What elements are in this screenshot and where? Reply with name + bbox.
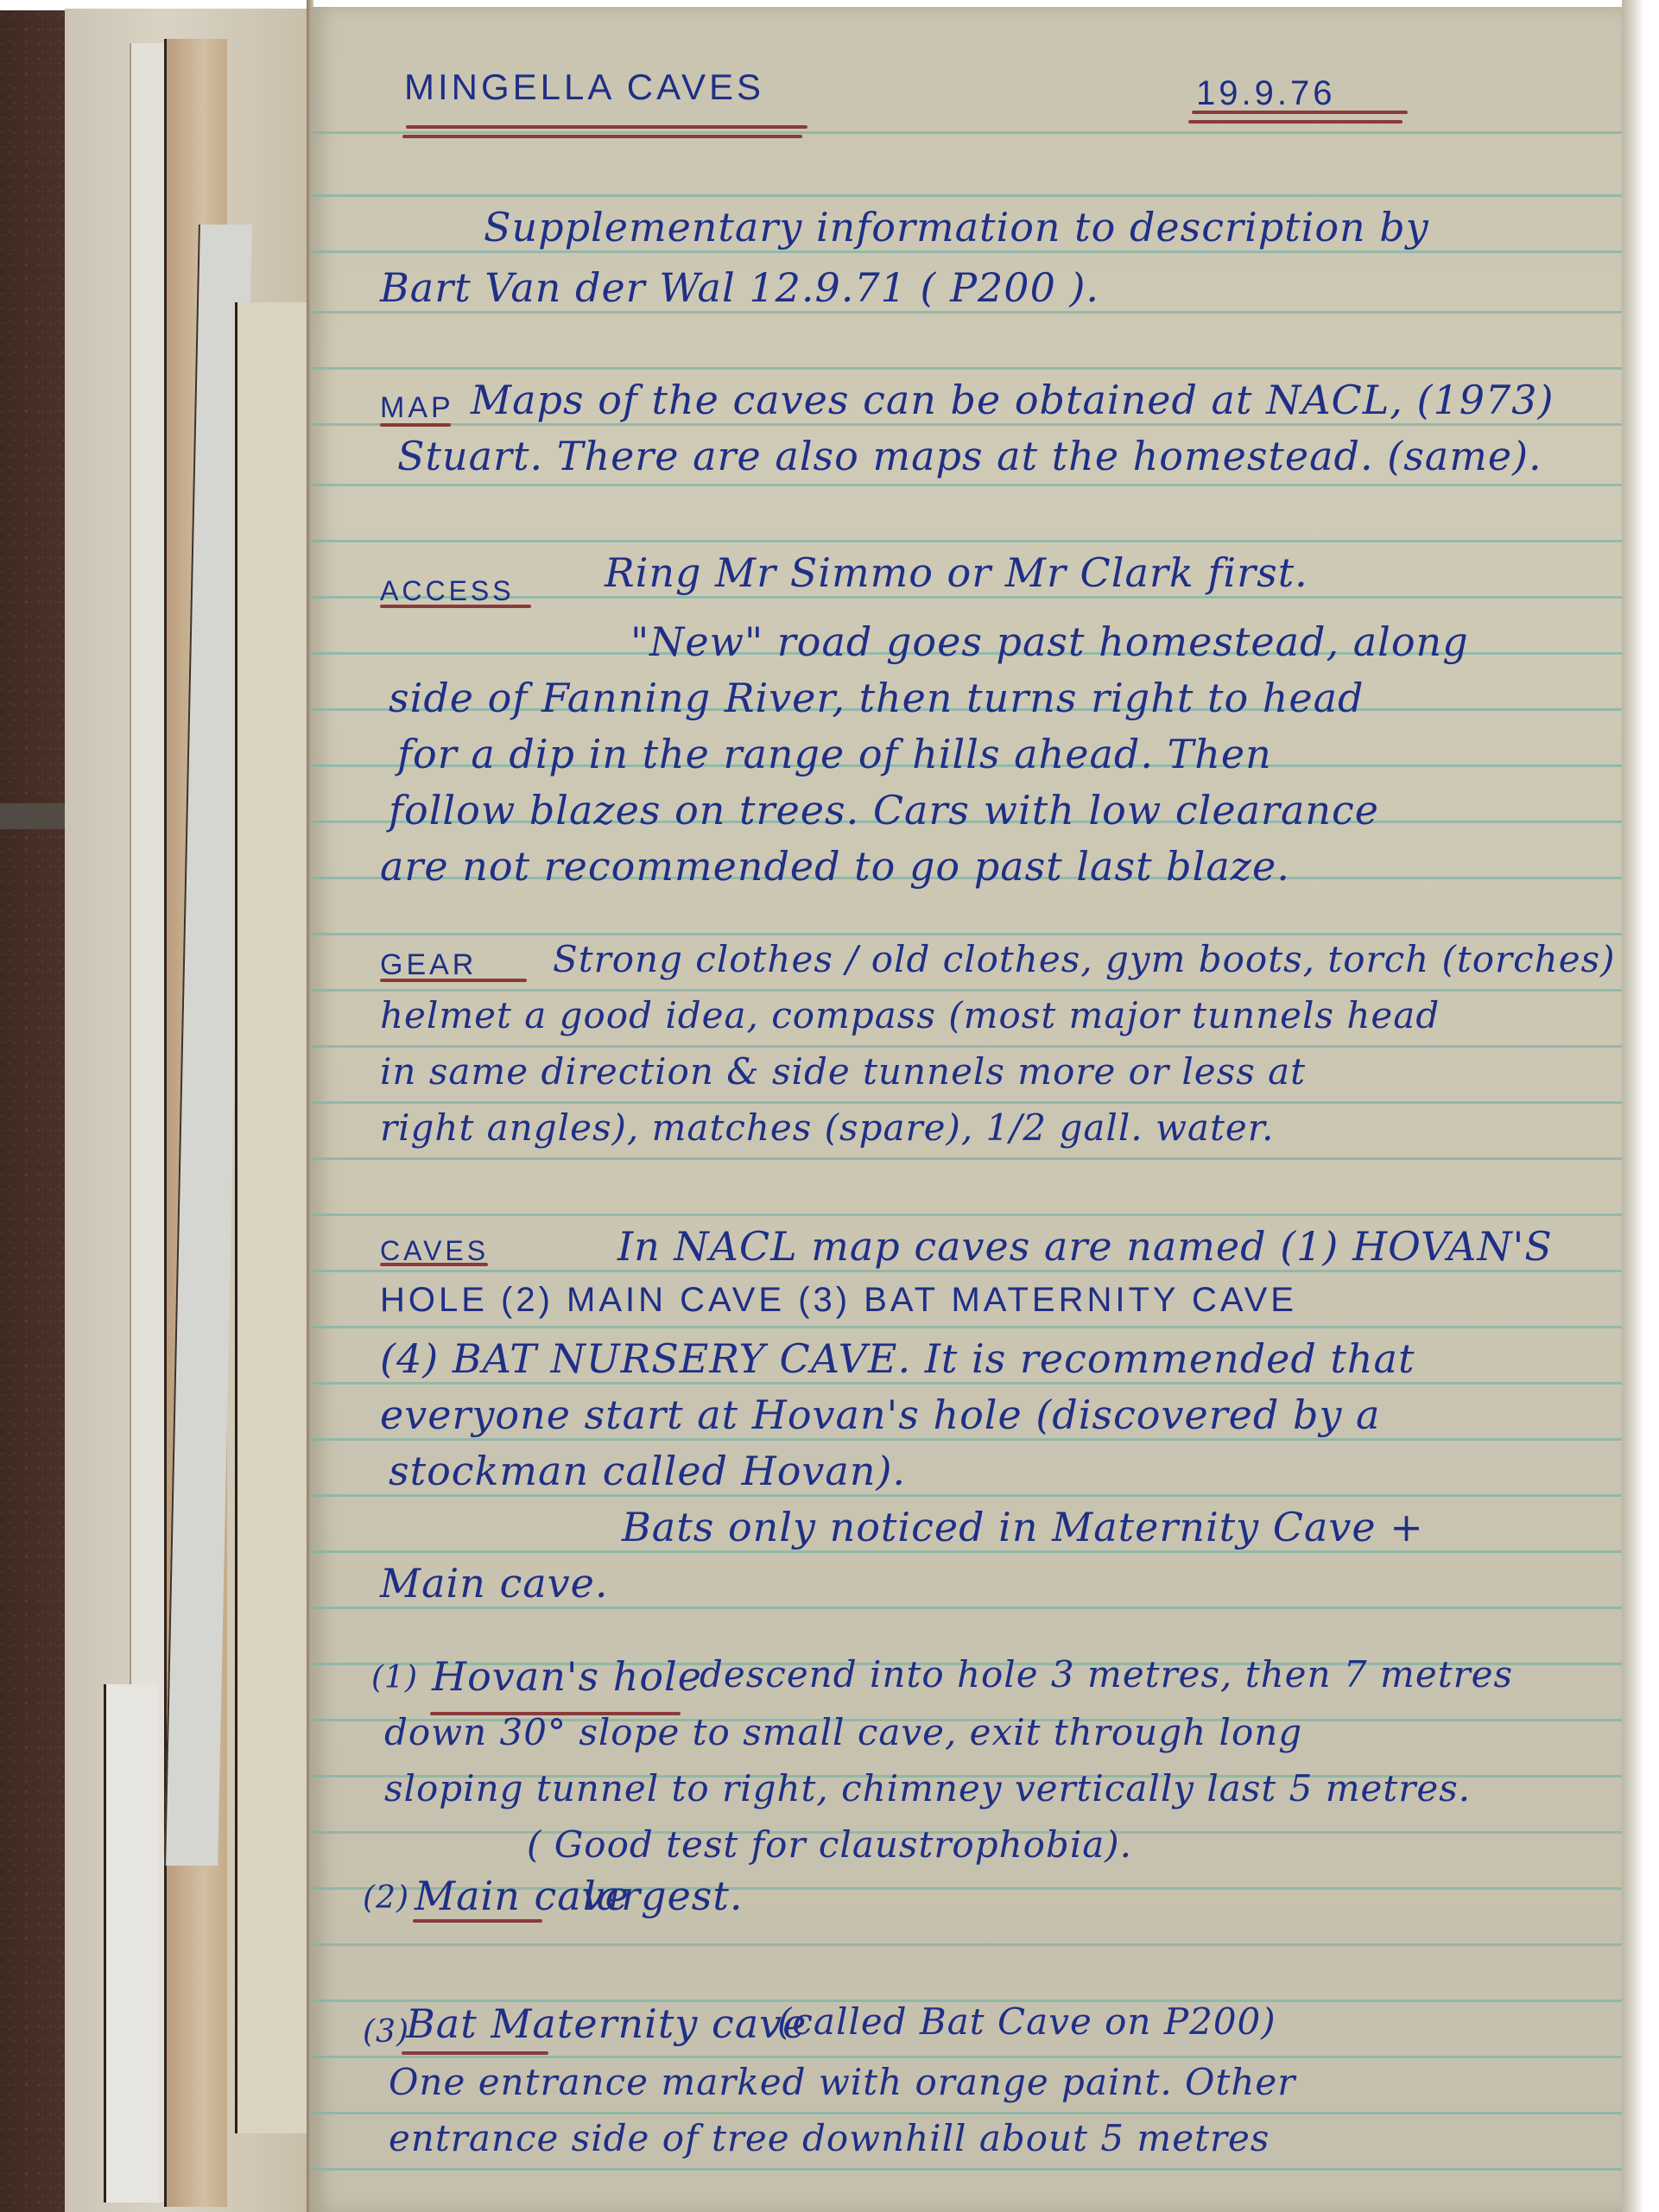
cave-line: (called Bat Cave on P200): [777, 2004, 1276, 2040]
cave-line: ( Good test for claustrophobia).: [527, 1827, 1132, 1863]
section-label-caves: CAVES: [380, 1237, 489, 1264]
cave-number: (2): [363, 1883, 409, 1914]
caves-label-underline: [380, 1263, 488, 1266]
ruled-line: [311, 131, 1622, 134]
cave-line: entrance side of tree downhill about 5 m…: [389, 2120, 1270, 2157]
cave-name-underline: [413, 1919, 542, 1923]
access-line: for a dip in the range of hills ahead. T…: [397, 734, 1272, 774]
section-label-access: ACCESS: [380, 577, 515, 605]
ruled-line: [311, 1382, 1622, 1385]
ruled-line: [311, 194, 1622, 197]
ruled-line: [311, 367, 1622, 370]
section-label-map: MAP: [380, 393, 454, 422]
cave-line: down 30° slope to small cave, exit throu…: [384, 1714, 1302, 1751]
title-underline: [406, 125, 807, 129]
map-line: Maps of the caves can be obtained at NAC…: [471, 380, 1554, 420]
ruled-line: [311, 1326, 1622, 1328]
ruled-line: [311, 484, 1622, 486]
page-edge: [1622, 0, 1659, 2212]
map-line: Stuart. There are also maps at the homes…: [397, 436, 1542, 476]
ruled-line: [311, 1550, 1622, 1553]
gear-line: Strong clothes / old clothes, gym boots,…: [553, 941, 1616, 978]
intro-line: Supplementary information to description…: [484, 207, 1429, 247]
date-underline: [1192, 111, 1408, 114]
caves-line: stockman called Hovan).: [389, 1451, 906, 1491]
page-date: 19.9.76: [1196, 76, 1335, 111]
caves-line: Main cave.: [380, 1563, 609, 1603]
ruled-line: [311, 1607, 1622, 1609]
intro-line: Bart Van der Wal 12.9.71 ( P200 ).: [380, 268, 1099, 307]
cave-line: descend into hole 3 metres, then 7 metre…: [700, 1657, 1513, 1693]
ruled-line: [311, 1270, 1622, 1272]
access-line: Ring Mr Simmo or Mr Clark first.: [605, 553, 1308, 593]
cave-line: One entrance marked with orange paint. O…: [389, 2064, 1295, 2101]
caves-line: everyone start at Hovan's hole (discover…: [380, 1395, 1380, 1435]
ruled-line: [311, 2056, 1622, 2058]
ruled-line: [311, 423, 1622, 426]
caves-line: HOLE (2) MAIN CAVE (3) BAT MATERNITY CAV…: [380, 1283, 1297, 1317]
cave-number: (3): [363, 2017, 409, 2048]
ruled-line: [311, 1214, 1622, 1216]
cave-line: sloping tunnel to right, chimney vertica…: [384, 1771, 1471, 1807]
gear-line: in same direction & side tunnels more or…: [380, 1054, 1306, 1090]
ruled-line: [311, 1438, 1622, 1441]
ruled-line: [311, 933, 1622, 935]
access-line: follow blazes on trees. Cars with low cl…: [389, 790, 1379, 830]
ruled-line: [311, 1101, 1622, 1104]
access-line: "New" road goes past homestead, along: [630, 622, 1469, 662]
loose-sheet: [235, 302, 311, 2133]
gear-label-underline: [380, 979, 527, 982]
ruled-line: [311, 1157, 1622, 1160]
access-line: are not recommended to go past last blaz…: [380, 846, 1290, 886]
ruled-line: [311, 250, 1622, 253]
ruled-line: [311, 540, 1622, 542]
loose-sheet: [104, 1684, 158, 2202]
page-title: MINGELLA CAVES: [404, 69, 764, 105]
cave-number: (1): [371, 1663, 418, 1694]
section-label-gear: GEAR: [380, 950, 477, 979]
caves-line: Bats only noticed in Maternity Cave +: [622, 1507, 1424, 1547]
ruled-line: [311, 1943, 1622, 1946]
cave-name: Bat Maternity cave: [406, 2004, 807, 2044]
access-line: side of Fanning River, then turns right …: [389, 678, 1365, 718]
caves-line: In NACL map caves are named (1) HOVAN'S: [617, 1226, 1553, 1266]
ruled-line: [311, 2168, 1622, 2171]
caves-line: (4) BAT NURSERY CAVE. It is recommended …: [380, 1339, 1415, 1379]
cave-name-underline: [402, 2051, 548, 2055]
map-label-underline: [380, 423, 451, 427]
ruled-line: [311, 989, 1622, 992]
cave-line: largest.: [583, 1876, 744, 1916]
gear-line: helmet a good idea, compass (most major …: [380, 998, 1440, 1034]
gear-line: right angles), matches (spare), 1/2 gall…: [380, 1110, 1275, 1146]
ruled-line: [311, 2112, 1622, 2114]
ruled-line: [311, 1494, 1622, 1497]
cave-name: Hovan's hole: [432, 1657, 702, 1696]
ruled-line: [311, 311, 1622, 314]
access-label-underline: [380, 605, 531, 608]
ruled-line: [311, 1045, 1622, 1048]
